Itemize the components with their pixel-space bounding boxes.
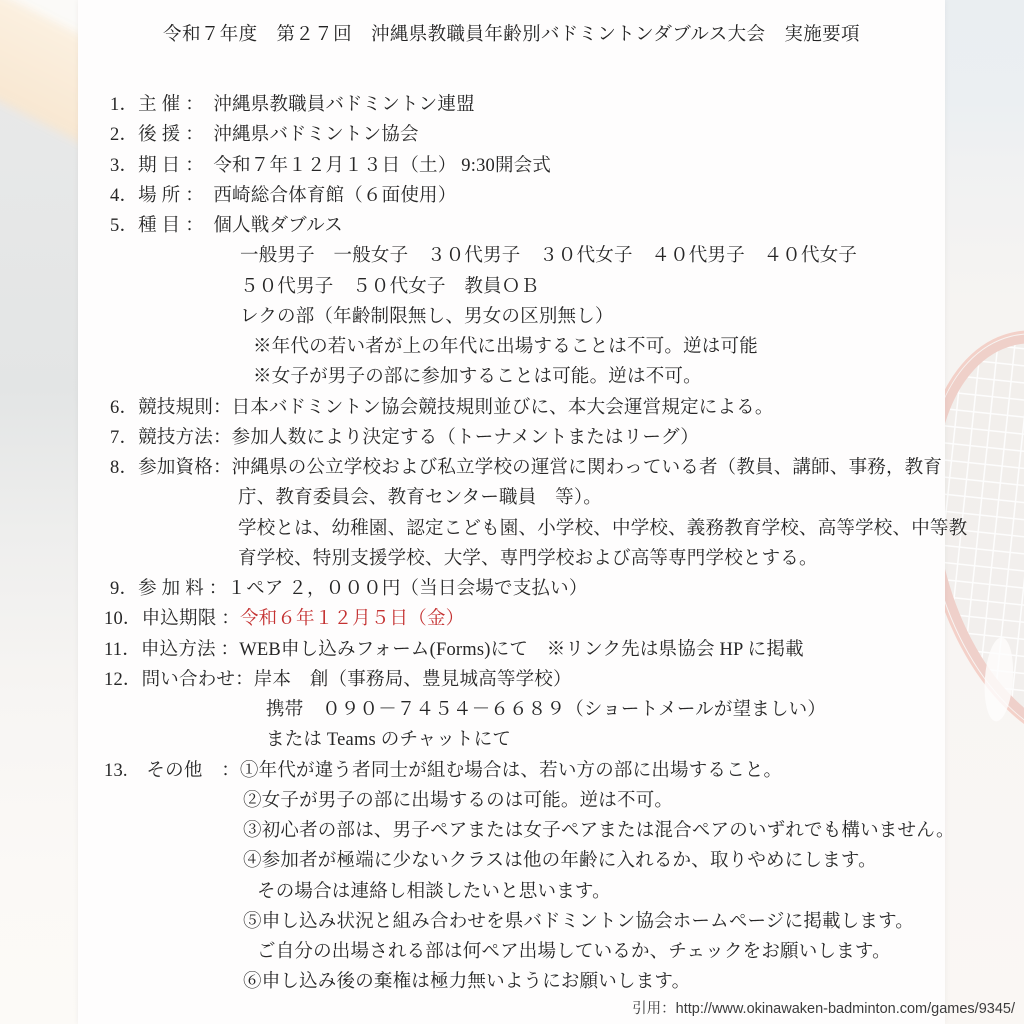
document-line: 8．参加資格：沖縄県の公立学校および私立学校の運営に関わっている者（教員、講師、… (0, 453, 1024, 483)
line-text: 12．問い合わせ：岸本 創（事務局、豊見城高等学校） (104, 670, 572, 690)
document-line: 3．期 日 ： 令和７年１２月１３日（土） 9:30開会式 (0, 151, 1024, 181)
line-text: 育学校、特別支援学校、大学、専門学校および高等専門学校とする。 (238, 549, 818, 569)
deadline-date-highlight: 令和６年１２月５日（金） (240, 609, 464, 629)
line-text: その場合は連絡し相談したいと思います。 (257, 882, 611, 902)
line-text: または Teams のチャットにて (266, 730, 511, 750)
document-line: または Teams のチャットにて (0, 725, 1024, 755)
document-line: 1．主 催 ： 沖縄県教職員バドミントン連盟 (0, 90, 1024, 120)
line-text: 6．競技規則：日本バドミントン協会競技規則並びに、本大会運営規定による。 (110, 398, 774, 418)
document-line: 11．申込方法 ：WEB申し込みフォーム(Forms)にて ※リンク先は県協会 … (0, 635, 1024, 665)
line-text: 8．参加資格：沖縄県の公立学校および私立学校の運営に関わっている者（教員、講師、… (110, 458, 942, 478)
document-line: ③初心者の部は、男子ペアまたは女子ペアまたは混合ペアのいずれでも構いません。 (0, 816, 1024, 846)
line-text: ⑤申し込み状況と組み合わせを県バドミントン協会ホームページに掲載します。 (243, 912, 914, 932)
line-text: 10．申込期限 ： (104, 609, 240, 629)
line-text: 4．場 所 ： 西崎総合体育館（６面使用） (110, 186, 456, 206)
document-line: 育学校、特別支援学校、大学、専門学校および高等専門学校とする。 (0, 544, 1024, 574)
document-title: 令和７年度 第２７回 沖縄県教職員年齢別バドミントンダブルス大会 実施要項 (78, 20, 945, 46)
document-line: 7．競技方法：参加人数により決定する（トーナメントまたはリーグ） (0, 423, 1024, 453)
line-text: 一般男子 一般女子 ３０代男子 ３０代女子 ４０代男子 ４０代女子 (240, 246, 857, 266)
document-line: 5．種 目 ： 個人戦ダブルス (0, 211, 1024, 241)
document-line: ※女子が男子の部に参加することは可能。逆は不可。 (0, 362, 1024, 392)
line-text: ※女子が男子の部に参加することは可能。逆は不可。 (253, 367, 702, 387)
document-line: 12．問い合わせ：岸本 創（事務局、豊見城高等学校） (0, 665, 1024, 695)
document-line: 10．申込期限 ：令和６年１２月５日（金） (0, 604, 1024, 634)
line-text: 7．競技方法：参加人数により決定する（トーナメントまたはリーグ） (110, 428, 699, 448)
document-line: ⑥申し込み後の棄権は極力無いようにお願いします。 (0, 967, 1024, 997)
line-text: 11．申込方法 ：WEB申し込みフォーム(Forms)にて ※リンク先は県協会 … (104, 640, 804, 660)
page-background: 令和７年度 第２７回 沖縄県教職員年齢別バドミントンダブルス大会 実施要項 1．… (0, 0, 1024, 1024)
document-line: ご自分の出場される部は何ペア出場しているか、チェックをお願いします。 (0, 937, 1024, 967)
line-text: 5．種 目 ： 個人戦ダブルス (110, 216, 343, 236)
line-text: 2．後 援 ： 沖縄県バドミントン協会 (110, 125, 419, 145)
line-text: 庁、教育委員会、教育センター職員 等）。 (238, 488, 602, 508)
document-line: 庁、教育委員会、教育センター職員 等）。 (0, 483, 1024, 513)
line-text: レクの部（年齢制限無し、男女の区別無し） (240, 307, 614, 327)
line-text: 3．期 日 ： 令和７年１２月１３日（土） 9:30開会式 (110, 156, 551, 176)
document-line: レクの部（年齢制限無し、男女の区別無し） (0, 302, 1024, 332)
document-line: ②女子が男子の部に出場するのは可能。逆は不可。 (0, 786, 1024, 816)
document-line: 13. その他 ：①年代が違う者同士が組む場合は、若い方の部に出場すること。 (0, 756, 1024, 786)
document-line: 携帯 ０９０－７４５４－６６８９（ショートメールが望ましい） (0, 695, 1024, 725)
line-text: 1．主 催 ： 沖縄県教職員バドミントン連盟 (110, 95, 475, 115)
document-line: 9．参 加 料 ：１ペア ２，０００円（当日会場で支払い） (0, 574, 1024, 604)
document-line: 学校とは、幼稚園、認定こども園、小学校、中学校、義務教育学校、高等学校、中等教 (0, 514, 1024, 544)
document-line: 6．競技規則：日本バドミントン協会競技規則並びに、本大会運営規定による。 (0, 393, 1024, 423)
document-line: その場合は連絡し相談したいと思います。 (0, 877, 1024, 907)
line-text: 学校とは、幼稚園、認定こども園、小学校、中学校、義務教育学校、高等学校、中等教 (238, 519, 967, 539)
document-line: 2．後 援 ： 沖縄県バドミントン協会 (0, 120, 1024, 150)
document-line: ④参加者が極端に少ないクラスは他の年齢に入れるか、取りやめにします。 (0, 846, 1024, 876)
line-text: ５０代男子 ５０代女子 教員ＯＢ (240, 277, 539, 297)
line-text: ②女子が男子の部に出場するのは可能。逆は不可。 (243, 791, 673, 811)
line-text: 13. その他 ：①年代が違う者同士が組む場合は、若い方の部に出場すること。 (104, 761, 782, 781)
document-line: 一般男子 一般女子 ３０代男子 ３０代女子 ４０代男子 ４０代女子 (0, 241, 1024, 271)
line-text: ※年代の若い者が上の年代に出場することは不可。逆は可能 (253, 337, 758, 357)
line-text: ④参加者が極端に少ないクラスは他の年齢に入れるか、取りやめにします。 (243, 851, 877, 871)
line-text: 携帯 ０９０－７４５４－６６８９（ショートメールが望ましい） (266, 700, 826, 720)
document-line: ⑤申し込み状況と組み合わせを県バドミントン協会ホームページに掲載します。 (0, 907, 1024, 937)
document-line: 4．場 所 ： 西崎総合体育館（６面使用） (0, 181, 1024, 211)
line-text: ご自分の出場される部は何ペア出場しているか、チェックをお願いします。 (257, 942, 891, 962)
line-text: 9．参 加 料 ：１ペア ２，０００円（当日会場で支払い） (110, 579, 588, 599)
citation-text: 引用：http://www.okinawaken-badminton.com/g… (632, 997, 1015, 1018)
document-body: 1．主 催 ： 沖縄県教職員バドミントン連盟2．後 援 ： 沖縄県バドミントン協… (0, 90, 1024, 998)
document-line: ５０代男子 ５０代女子 教員ＯＢ (0, 272, 1024, 302)
document-content: 令和７年度 第２７回 沖縄県教職員年齢別バドミントンダブルス大会 実施要項 1．… (0, 0, 1024, 1024)
line-text: ③初心者の部は、男子ペアまたは女子ペアまたは混合ペアのいずれでも構いません。 (243, 821, 955, 841)
line-text: ⑥申し込み後の棄権は極力無いようにお願いします。 (243, 972, 690, 992)
document-line: ※年代の若い者が上の年代に出場することは不可。逆は可能 (0, 332, 1024, 362)
